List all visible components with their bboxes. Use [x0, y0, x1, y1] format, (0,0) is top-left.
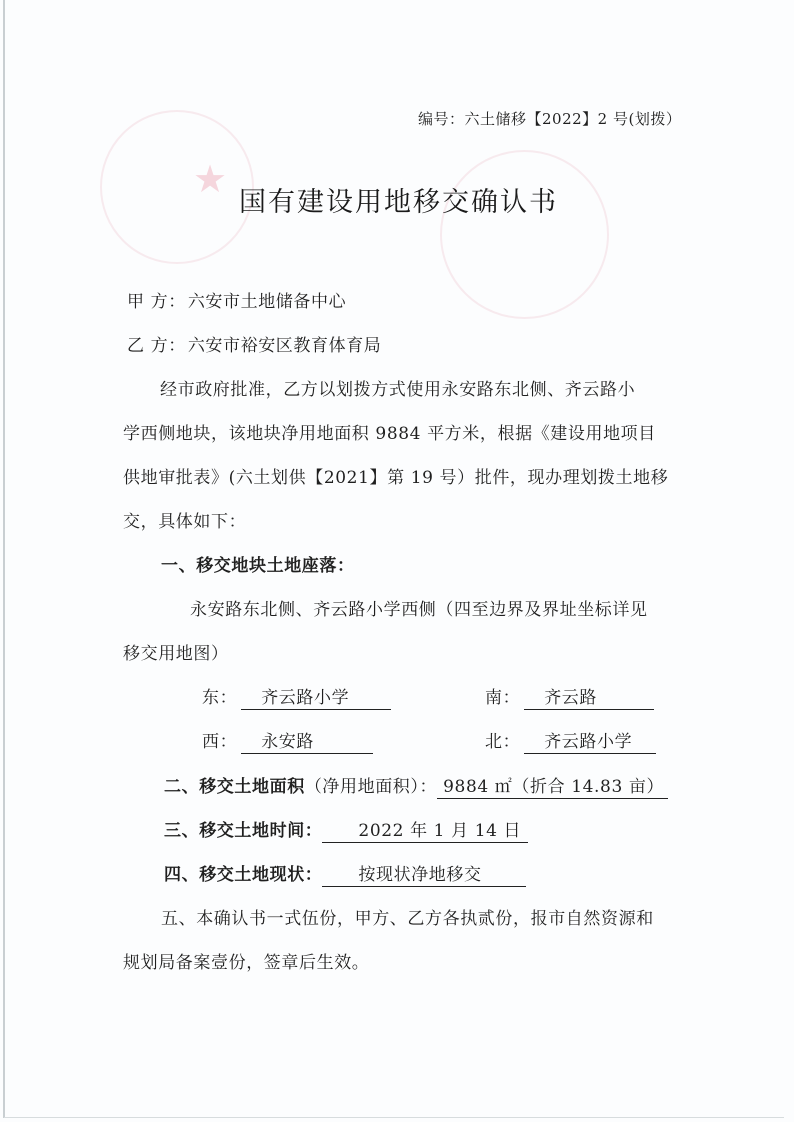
section4-value: 按现状净地移交: [322, 866, 526, 887]
section1-heading: 一、移交地块土地座落：: [161, 551, 355, 576]
boundary-south: 南：齐云路: [485, 683, 654, 710]
boundary-north-label: 北：: [485, 732, 520, 752]
boundary-west: 西：永安路: [202, 727, 373, 754]
section2-heading: 二、移交土地面积: [164, 777, 305, 797]
section2-note: （净用地面积）：: [305, 777, 437, 797]
boundary-east-label: 东：: [202, 688, 237, 708]
scan-edge-bottom: [4, 1117, 784, 1118]
party-a-value: 六安市土地储备中心: [188, 292, 346, 312]
section2: 二、移交土地面积（净用地面积）：9884 ㎡（折合 14.83 亩）: [164, 772, 668, 799]
section5-line-1: 五、本确认书一式伍份，甲方、乙方各执贰份，报市自然资源和: [161, 904, 654, 929]
intro-line-2: 学西侧地块，该地块净用地面积 9884 平方米，根据《建设用地项目: [123, 419, 703, 444]
party-a-label: 甲 方：: [127, 292, 186, 312]
section4-heading: 四、移交土地现状：: [164, 865, 322, 885]
location-line-2: 移交用地图）: [123, 639, 229, 664]
faded-seal-stamp-right: [440, 150, 609, 319]
boundary-north: 北：齐云路小学: [485, 727, 656, 754]
document-title: 国有建设用地移交确认书: [239, 180, 558, 219]
section3: 三、移交土地时间：2022 年 1 月 14 日: [164, 816, 528, 843]
document-number: 编号：六土储移【2022】2 号(划拨）: [418, 108, 681, 129]
boundary-west-value: 永安路: [241, 733, 373, 754]
section4: 四、移交土地现状：按现状净地移交: [164, 860, 526, 887]
party-b-label: 乙 方：: [127, 336, 186, 356]
party-b-value: 六安市裕安区教育体育局: [188, 336, 382, 356]
intro-line-1: 经市政府批准，乙方以划拨方式使用永安路东北侧、齐云路小: [160, 375, 740, 400]
section2-value: 9884 ㎡（折合 14.83 亩）: [437, 778, 668, 799]
boundary-east: 东：齐云路小学: [202, 683, 391, 710]
section3-heading: 三、移交土地时间：: [164, 821, 322, 841]
document-page: ★ 编号：六土储移【2022】2 号(划拨） 国有建设用地移交确认书 甲 方：六…: [0, 0, 794, 1122]
intro-line-3: 供地审批表》(六土划供【2021】第 19 号）批件，现办理划拨土地移: [123, 463, 703, 488]
faded-seal-stamp-left: [100, 110, 254, 264]
section5-line-2: 规划局备案壹份，签章后生效。: [123, 948, 369, 973]
section3-value: 2022 年 1 月 14 日: [322, 822, 528, 843]
seal-star-icon: ★: [193, 160, 227, 198]
boundary-east-value: 齐云路小学: [241, 689, 391, 710]
location-line-1: 永安路东北侧、齐云路小学西侧（四至边界及界址坐标详见: [190, 595, 648, 620]
scan-edge-left: [3, 0, 5, 1118]
boundary-west-label: 西：: [202, 732, 237, 752]
boundary-north-value: 齐云路小学: [524, 733, 656, 754]
intro-line-4: 交，具体如下：: [123, 507, 703, 532]
party-b: 乙 方：六安市裕安区教育体育局: [127, 331, 381, 356]
party-a: 甲 方：六安市土地储备中心: [127, 287, 346, 312]
boundary-south-value: 齐云路: [524, 689, 654, 710]
boundary-south-label: 南：: [485, 688, 520, 708]
